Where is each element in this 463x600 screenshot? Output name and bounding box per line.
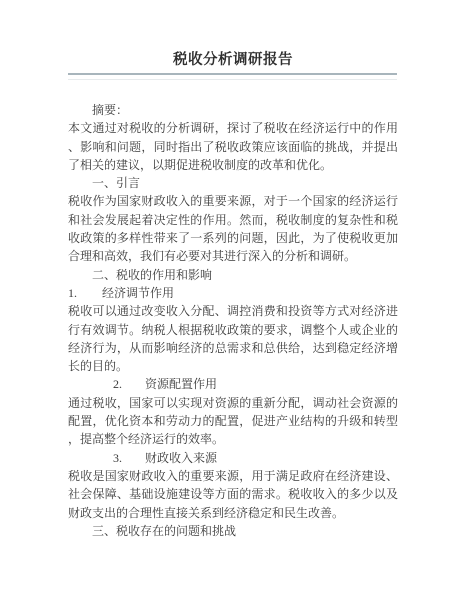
item1-line: 长的目的。 [68, 357, 398, 375]
section1-line: 和社会发展起着决定性的作用。然而，税收制度的复杂性和税 [68, 211, 398, 229]
item1-line: 经济行为，从而影响经济的总需求和总供给，达到稳定经济增 [68, 339, 398, 357]
item1-line: 行有效调节。纳税人根据税收政策的要求，调整个人或企业的 [68, 321, 398, 339]
section3-heading: 三、税收存在的问题和挑战 [68, 522, 398, 540]
section2-heading: 二、税收的作用和影响 [68, 266, 398, 284]
abstract-line: 本文通过对税收的分析调研，探讨了税收在经济运行中的作用 [68, 119, 398, 137]
item3-line: 财政支出的合理性直接关系到经济稳定和民生改善。 [68, 504, 398, 522]
document-body: 摘要： 本文通过对税收的分析调研，探讨了税收在经济运行中的作用 、影响和问题，同… [68, 101, 398, 540]
section1-heading: 一、引言 [68, 174, 398, 192]
item1-heading: 1.经济调节作用 [68, 284, 398, 302]
item3-heading: 3.财政收入来源 [68, 449, 398, 467]
item3-line: 社会保障、基础设施建设等方面的需求。税收收入的多少以及 [68, 485, 398, 503]
item2-number: 2. [113, 375, 145, 393]
item1-title: 经济调节作用 [102, 286, 174, 300]
item2-line: ，提高整个经济运行的效率。 [68, 430, 398, 448]
section1-line: 收政策的多样性带来了一系列的问题，因此，为了使税收更加 [68, 229, 398, 247]
document-page: 税收分析调研报告 摘要： 本文通过对税收的分析调研，探讨了税收在经济运行中的作用… [0, 0, 463, 600]
item3-number: 3. [113, 449, 145, 467]
item2-title: 资源配置作用 [145, 377, 217, 391]
abstract-heading: 摘要： [68, 101, 398, 119]
item1-number: 1. [68, 284, 102, 302]
item2-line: 通过税收，国家可以实现对资源的重新分配，调动社会资源的 [68, 394, 398, 412]
page-title: 税收分析调研报告 [68, 51, 398, 70]
item3-title: 财政收入来源 [145, 451, 217, 465]
item2-line: 配置，优化资本和劳动力的配置，促进产业结构的升级和转型 [68, 412, 398, 430]
section1-line: 合理和高效，我们有必要对其进行深入的分析和调研。 [68, 247, 398, 265]
abstract-line: 、影响和问题，同时指出了税收政策应该面临的挑战，并提出 [68, 138, 398, 156]
section1-line: 税收作为国家财政收入的重要来源，对于一个国家的经济运行 [68, 192, 398, 210]
abstract-line: 了相关的建议，以期促进税收制度的改革和优化。 [68, 156, 398, 174]
item3-line: 税收是国家财政收入的重要来源，用于满足政府在经济建设、 [68, 467, 398, 485]
item2-heading: 2.资源配置作用 [68, 375, 398, 393]
item1-line: 税收可以通过改变收入分配、调控消费和投资等方式对经济进 [68, 302, 398, 320]
title-divider [68, 73, 397, 75]
title-divider-shadow [68, 79, 397, 80]
